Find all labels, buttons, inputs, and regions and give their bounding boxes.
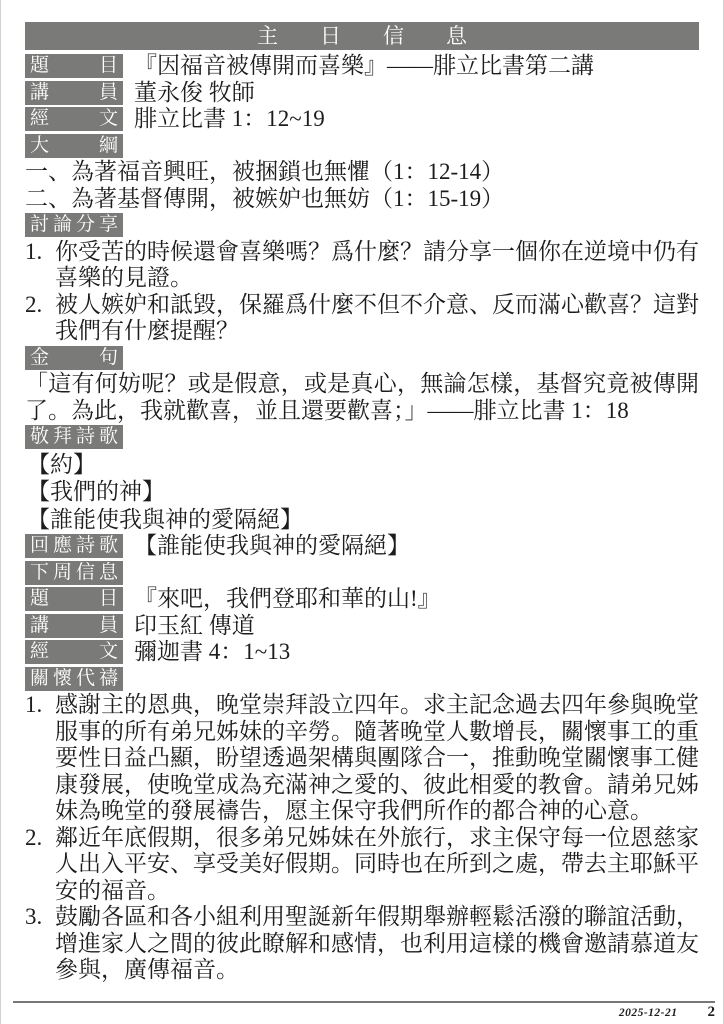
next-week-title: 『來吧，我們登耶和華的山!』 bbox=[134, 586, 441, 613]
title-label: 題目 bbox=[25, 54, 123, 78]
discussion-item: 1. 你受苦的時候還會喜樂嗎？爲什麼？請分享一個你在逆境中仍有喜樂的見證。 bbox=[25, 239, 699, 292]
item-text: 被人嫉妒和詆毀，保羅爲什麼不但不介意、反而滿心歡喜？這對我們有什麼提醒？ bbox=[55, 292, 699, 345]
scripture-label: 經文 bbox=[25, 640, 123, 664]
message-scripture: 腓立比書 1：12~19 bbox=[134, 106, 325, 133]
next-week-scripture: 彌迦書 4：1~13 bbox=[134, 639, 290, 666]
bulletin-page: 主日信息 題目 『因福音被傳開而喜樂』——腓立比書第二講 講員 董永俊 牧師 經… bbox=[1, 0, 723, 984]
message-scripture-row: 經文 腓立比書 1：12~19 bbox=[25, 106, 699, 133]
outline-point: 二、為著基督傳開，被嫉妒也無妨（1：15-19） bbox=[25, 186, 699, 213]
worship-songs-label-row: 敬拜詩歌 bbox=[25, 424, 699, 451]
prayer-label: 關懷代禱 bbox=[25, 667, 123, 691]
worship-songs-label: 敬拜詩歌 bbox=[25, 425, 123, 449]
outline-point: 一、為著福音興旺，被捆鎖也無懼（1：12-14） bbox=[25, 159, 699, 186]
next-week-label-row: 下周信息 bbox=[25, 560, 699, 587]
item-number: 3. bbox=[25, 904, 55, 984]
item-text: 感謝主的恩典，晚堂崇拜設立四年。求主記念過去四年參與晚堂服事的所有弟兄姊妹的辛勞… bbox=[55, 692, 699, 825]
speaker-label: 講員 bbox=[25, 614, 123, 638]
worship-song: 【誰能使我與神的愛隔絕】 bbox=[25, 506, 699, 534]
item-number: 2. bbox=[25, 825, 55, 905]
item-text: 鼓勵各區和各小組利用聖誕新年假期舉辦輕鬆活潑的聯誼活動，增進家人之間的彼此瞭解和… bbox=[55, 904, 699, 984]
item-text: 鄰近年底假期，很多弟兄姊妹在外旅行，求主保守每一位恩慈家人出入平安、享受美好假期… bbox=[55, 825, 699, 905]
page-footer: 2025-12-21 2 bbox=[13, 1001, 715, 1021]
discussion-label-row: 討論分享 bbox=[25, 212, 699, 239]
next-week-speaker: 印玉紅 傳道 bbox=[134, 613, 255, 640]
item-text: 你受苦的時候還會喜樂嗎？爲什麼？請分享一個你在逆境中仍有喜樂的見證。 bbox=[55, 239, 699, 292]
next-week-label: 下周信息 bbox=[25, 561, 123, 585]
golden-verse-label: 金句 bbox=[25, 346, 123, 370]
worship-song: 【約】 bbox=[25, 451, 699, 479]
prayer-label-row: 關懷代禱 bbox=[25, 666, 699, 693]
response-song-label: 回應詩歌 bbox=[25, 534, 123, 558]
scripture-label: 經文 bbox=[25, 107, 123, 131]
footer-date: 2025-12-21 bbox=[619, 1007, 678, 1019]
response-song-row: 回應詩歌 【誰能使我與神的愛隔絕】 bbox=[25, 533, 699, 560]
golden-verse-text: 「這有何妨呢？或是假意，或是真心，無論怎樣，基督究竟被傳開了。為此，我就歡喜，並… bbox=[25, 371, 699, 424]
item-number: 1. bbox=[25, 692, 55, 825]
prayer-item: 2. 鄰近年底假期，很多弟兄姊妹在外旅行，求主保守每一位恩慈家人出入平安、享受美… bbox=[25, 825, 699, 905]
item-number: 1. bbox=[25, 239, 55, 292]
golden-verse-label-row: 金句 bbox=[25, 345, 699, 372]
section-header-sunday-message: 主日信息 bbox=[25, 22, 699, 50]
discussion-item: 2. 被人嫉妒和詆毀，保羅爲什麼不但不介意、反而滿心歡喜？這對我們有什麼提醒？ bbox=[25, 292, 699, 345]
message-speaker-row: 講員 董永俊 牧師 bbox=[25, 80, 699, 107]
item-number: 2. bbox=[25, 292, 55, 345]
page-number: 2 bbox=[708, 1004, 716, 1021]
worship-song: 【我們的神】 bbox=[25, 478, 699, 506]
next-week-speaker-row: 講員 印玉紅 傳道 bbox=[25, 613, 699, 640]
message-speaker: 董永俊 牧師 bbox=[134, 80, 255, 107]
outline-label: 大綱 bbox=[25, 134, 123, 158]
message-title-row: 題目 『因福音被傳開而喜樂』——腓立比書第二講 bbox=[25, 53, 699, 80]
outline-label-row: 大綱 bbox=[25, 133, 699, 160]
response-song: 【誰能使我與神的愛隔絕】 bbox=[134, 533, 410, 560]
prayer-item: 3. 鼓勵各區和各小組利用聖誕新年假期舉辦輕鬆活潑的聯誼活動，增進家人之間的彼此… bbox=[25, 904, 699, 984]
title-label: 題目 bbox=[25, 587, 123, 611]
next-week-title-row: 題目 『來吧，我們登耶和華的山!』 bbox=[25, 586, 699, 613]
prayer-item: 1. 感謝主的恩典，晚堂崇拜設立四年。求主記念過去四年參與晚堂服事的所有弟兄姊妹… bbox=[25, 692, 699, 825]
message-title: 『因福音被傳開而喜樂』——腓立比書第二講 bbox=[134, 53, 594, 80]
next-week-scripture-row: 經文 彌迦書 4：1~13 bbox=[25, 639, 699, 666]
discussion-label: 討論分享 bbox=[25, 213, 123, 237]
speaker-label: 講員 bbox=[25, 81, 123, 105]
